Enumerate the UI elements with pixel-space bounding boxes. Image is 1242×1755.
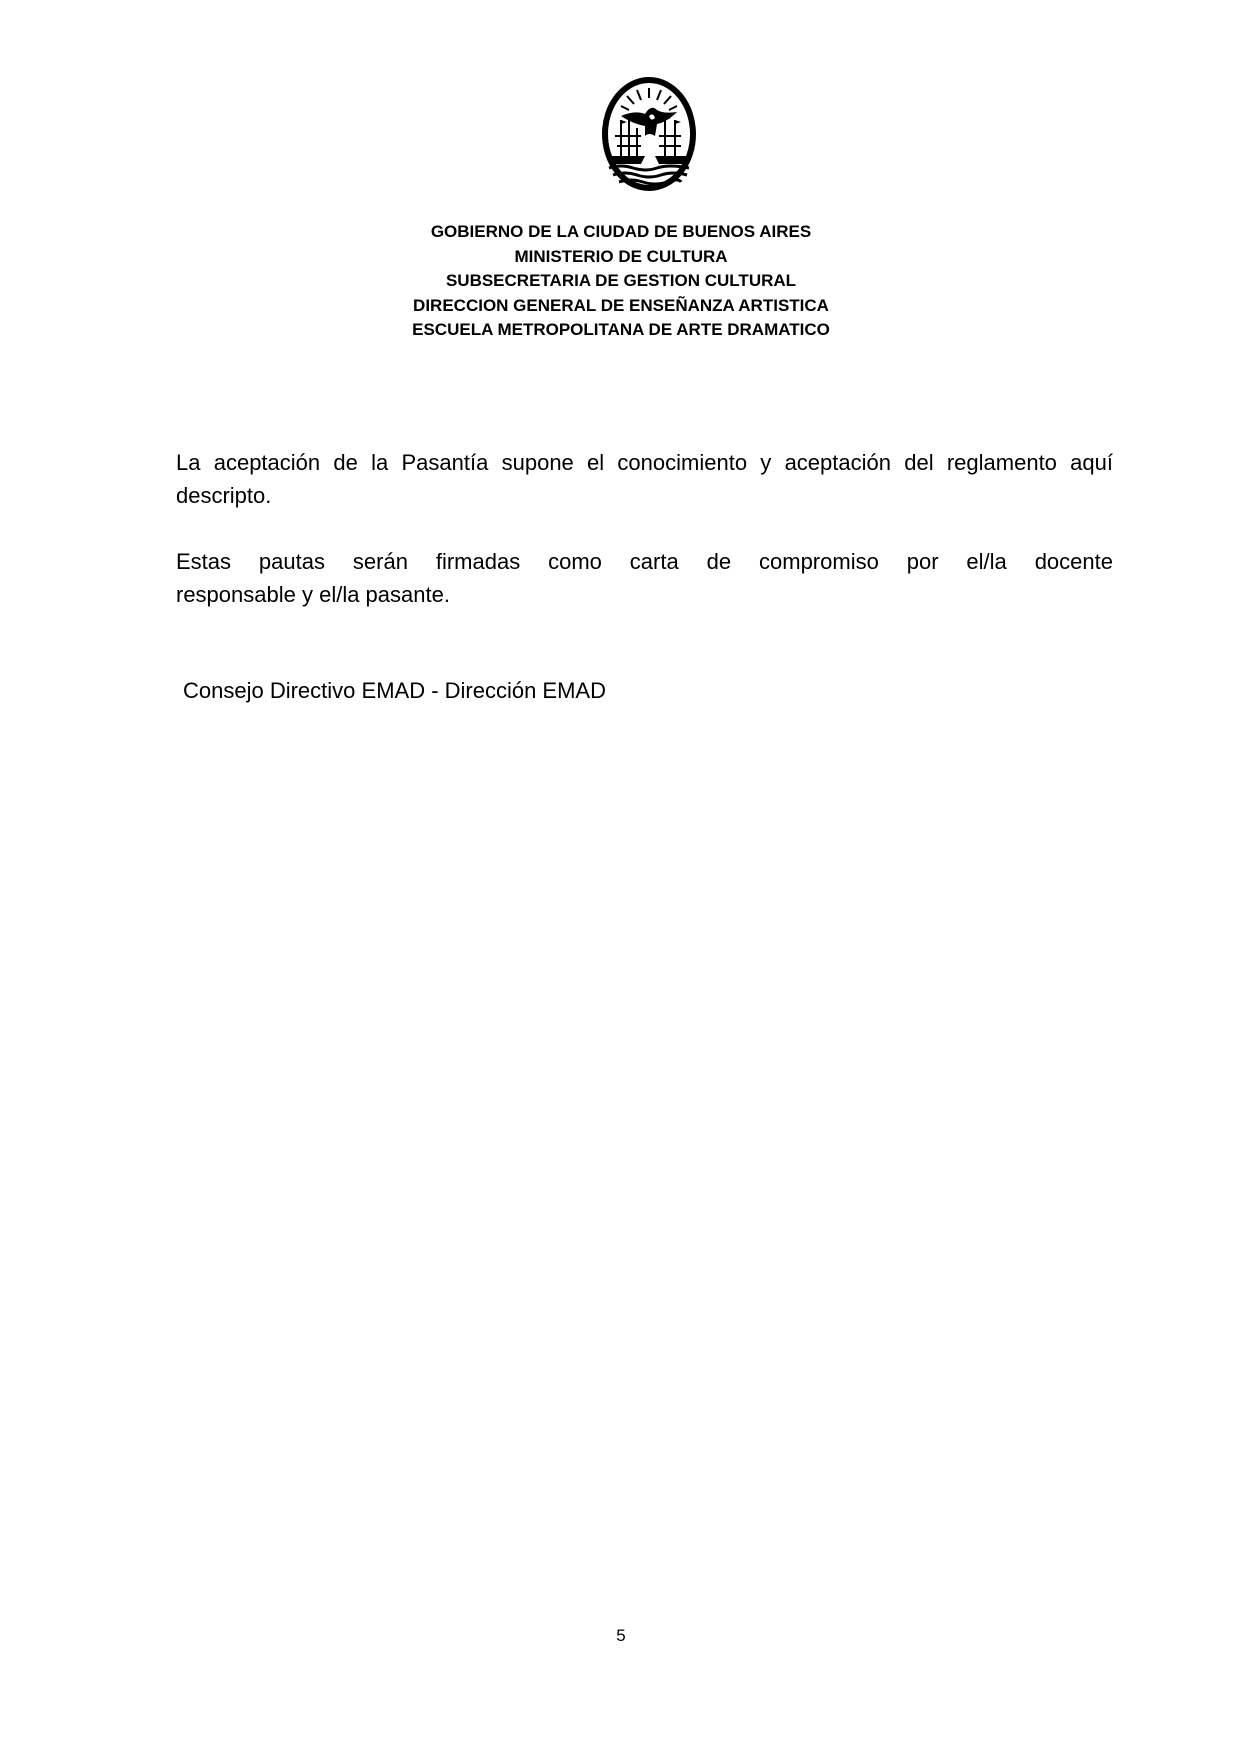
- signature-line: Consejo Directivo EMAD - Dirección EMAD: [183, 676, 606, 706]
- header-line-ministry: MINISTERIO DE CULTURA: [0, 245, 1242, 270]
- header-line-school: ESCUELA METROPOLITANA DE ARTE DRAMATICO: [0, 318, 1242, 343]
- paragraph-commitment-line-1: Estas pautas serán firmadas como carta d…: [176, 545, 1113, 578]
- page-number: 5: [0, 1626, 1242, 1646]
- paragraph-commitment: Estas pautas serán firmadas como carta d…: [176, 545, 1113, 611]
- header-line-directorate: DIRECCION GENERAL DE ENSEÑANZA ARTISTICA: [0, 294, 1242, 319]
- header-line-government: GOBIERNO DE LA CIUDAD DE BUENOS AIRES: [0, 220, 1242, 245]
- paragraph-acceptance: La aceptación de la Pasantía supone el c…: [176, 446, 1113, 512]
- paragraph-commitment-line-2: responsable y el/la pasante.: [176, 582, 450, 607]
- buenos-aires-coat-of-arms-icon: [601, 76, 697, 192]
- institution-header: GOBIERNO DE LA CIUDAD DE BUENOS AIRES MI…: [0, 220, 1242, 343]
- header-line-subsecretariat: SUBSECRETARIA DE GESTION CULTURAL: [0, 269, 1242, 294]
